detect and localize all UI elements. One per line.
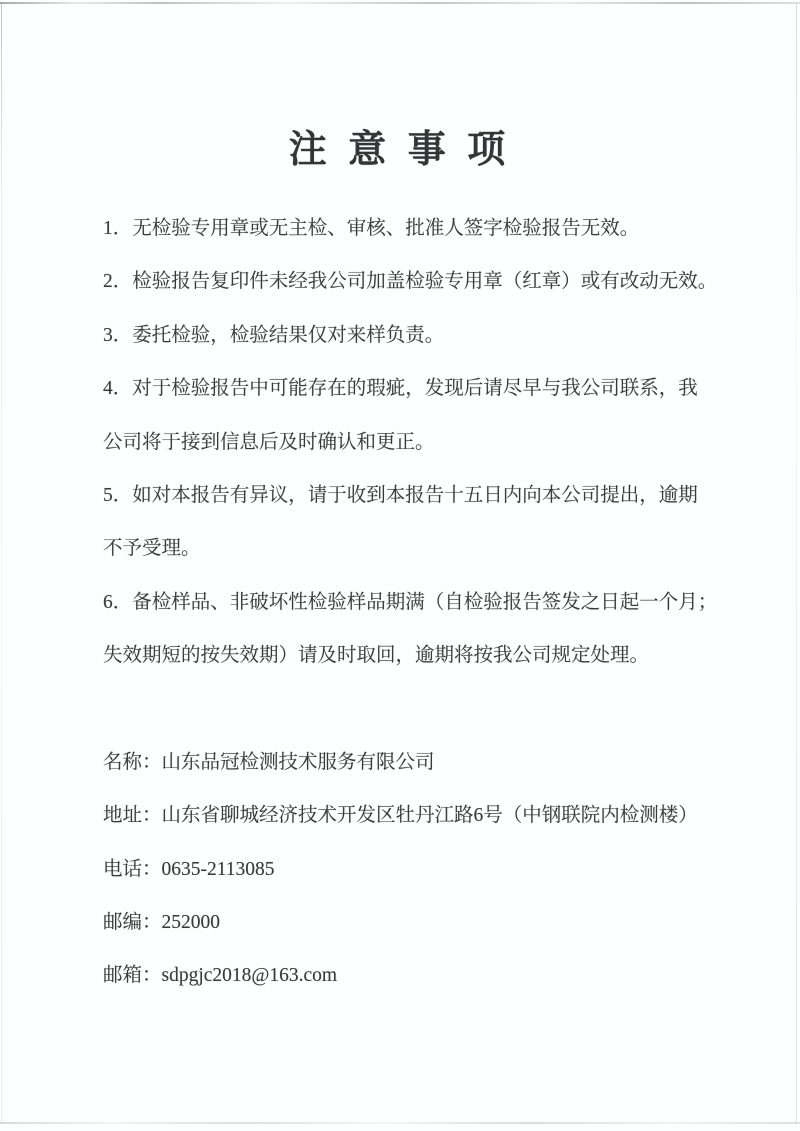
contact-phone-label: 电话： xyxy=(103,859,162,880)
contact-email-label: 邮箱： xyxy=(103,965,162,986)
scanned-document-page: 注 意 事 项 1．无检验专用章或无主检、审核、批准人签字检验报告无效。 2．检… xyxy=(0,0,800,1131)
contact-email-value: sdpgjc2018@163.com xyxy=(162,965,338,986)
contact-phone-value: 0635-2113085 xyxy=(162,859,275,880)
notice-item-1: 1．无检验专用章或无主检、审核、批准人签字检验报告无效。 xyxy=(103,202,743,255)
notice-item-4: 4．对于检验报告中可能存在的瑕疵，发现后请尽早与我公司联系，我 公司将于接到信息… xyxy=(103,362,743,469)
contact-postal-value: 252000 xyxy=(162,912,221,933)
notice-item-2: 2．检验报告复印件未经我公司加盖检验专用章（红章）或有改动无效。 xyxy=(103,255,743,308)
notice-line: 1．无检验专用章或无主检、审核、批准人签字检验报告无效。 xyxy=(103,202,743,255)
contact-postal-line: 邮编：252000 xyxy=(103,896,743,949)
notice-item-6: 6．备检样品、非破坏性检验样品期满（自检验报告签发之日起一个月； 失效期短的按失… xyxy=(103,576,743,683)
contact-name-line: 名称：山东品冠检测技术服务有限公司 xyxy=(103,736,743,789)
contact-email-line: 邮箱：sdpgjc2018@163.com xyxy=(103,949,743,1002)
contact-phone-line: 电话：0635-2113085 xyxy=(103,843,743,896)
notice-line: 5．如对本报告有异议，请于收到本报告十五日内向本公司提出，逾期 xyxy=(103,469,743,522)
page-title: 注 意 事 项 xyxy=(0,124,800,176)
contact-name-label: 名称： xyxy=(103,752,162,773)
notice-line: 不予受理。 xyxy=(103,522,743,575)
notice-line: 6．备检样品、非破坏性检验样品期满（自检验报告签发之日起一个月； xyxy=(103,576,743,629)
contact-name-value: 山东品冠检测技术服务有限公司 xyxy=(162,752,435,773)
notice-line: 失效期短的按失效期）请及时取回，逾期将按我公司规定处理。 xyxy=(103,629,743,682)
contact-address-line: 地址：山东省聊城经济技术开发区牡丹江路6号（中钢联院内检测楼） xyxy=(103,789,743,842)
document-body: 1．无检验专用章或无主检、审核、批准人签字检验报告无效。 2．检验报告复印件未经… xyxy=(103,202,743,1003)
notice-item-5: 5．如对本报告有异议，请于收到本报告十五日内向本公司提出，逾期 不予受理。 xyxy=(103,469,743,576)
notice-line: 公司将于接到信息后及时确认和更正。 xyxy=(103,416,743,469)
notice-line: 2．检验报告复印件未经我公司加盖检验专用章（红章）或有改动无效。 xyxy=(103,255,743,308)
contact-section: 名称：山东品冠检测技术服务有限公司 地址：山东省聊城经济技术开发区牡丹江路6号（… xyxy=(103,736,743,1003)
notice-item-3: 3．委托检验，检验结果仅对来样负责。 xyxy=(103,309,743,362)
notice-line: 4．对于检验报告中可能存在的瑕疵，发现后请尽早与我公司联系，我 xyxy=(103,362,743,415)
notice-line: 3．委托检验，检验结果仅对来样负责。 xyxy=(103,309,743,362)
notice-list: 1．无检验专用章或无主检、审核、批准人签字检验报告无效。 2．检验报告复印件未经… xyxy=(103,202,743,683)
contact-postal-label: 邮编： xyxy=(103,912,162,933)
scan-edge-top xyxy=(0,2,800,4)
scan-edge-bottom xyxy=(0,1122,800,1124)
contact-address-value: 山东省聊城经济技术开发区牡丹江路6号（中钢联院内检测楼） xyxy=(162,805,698,826)
contact-address-label: 地址： xyxy=(103,805,162,826)
